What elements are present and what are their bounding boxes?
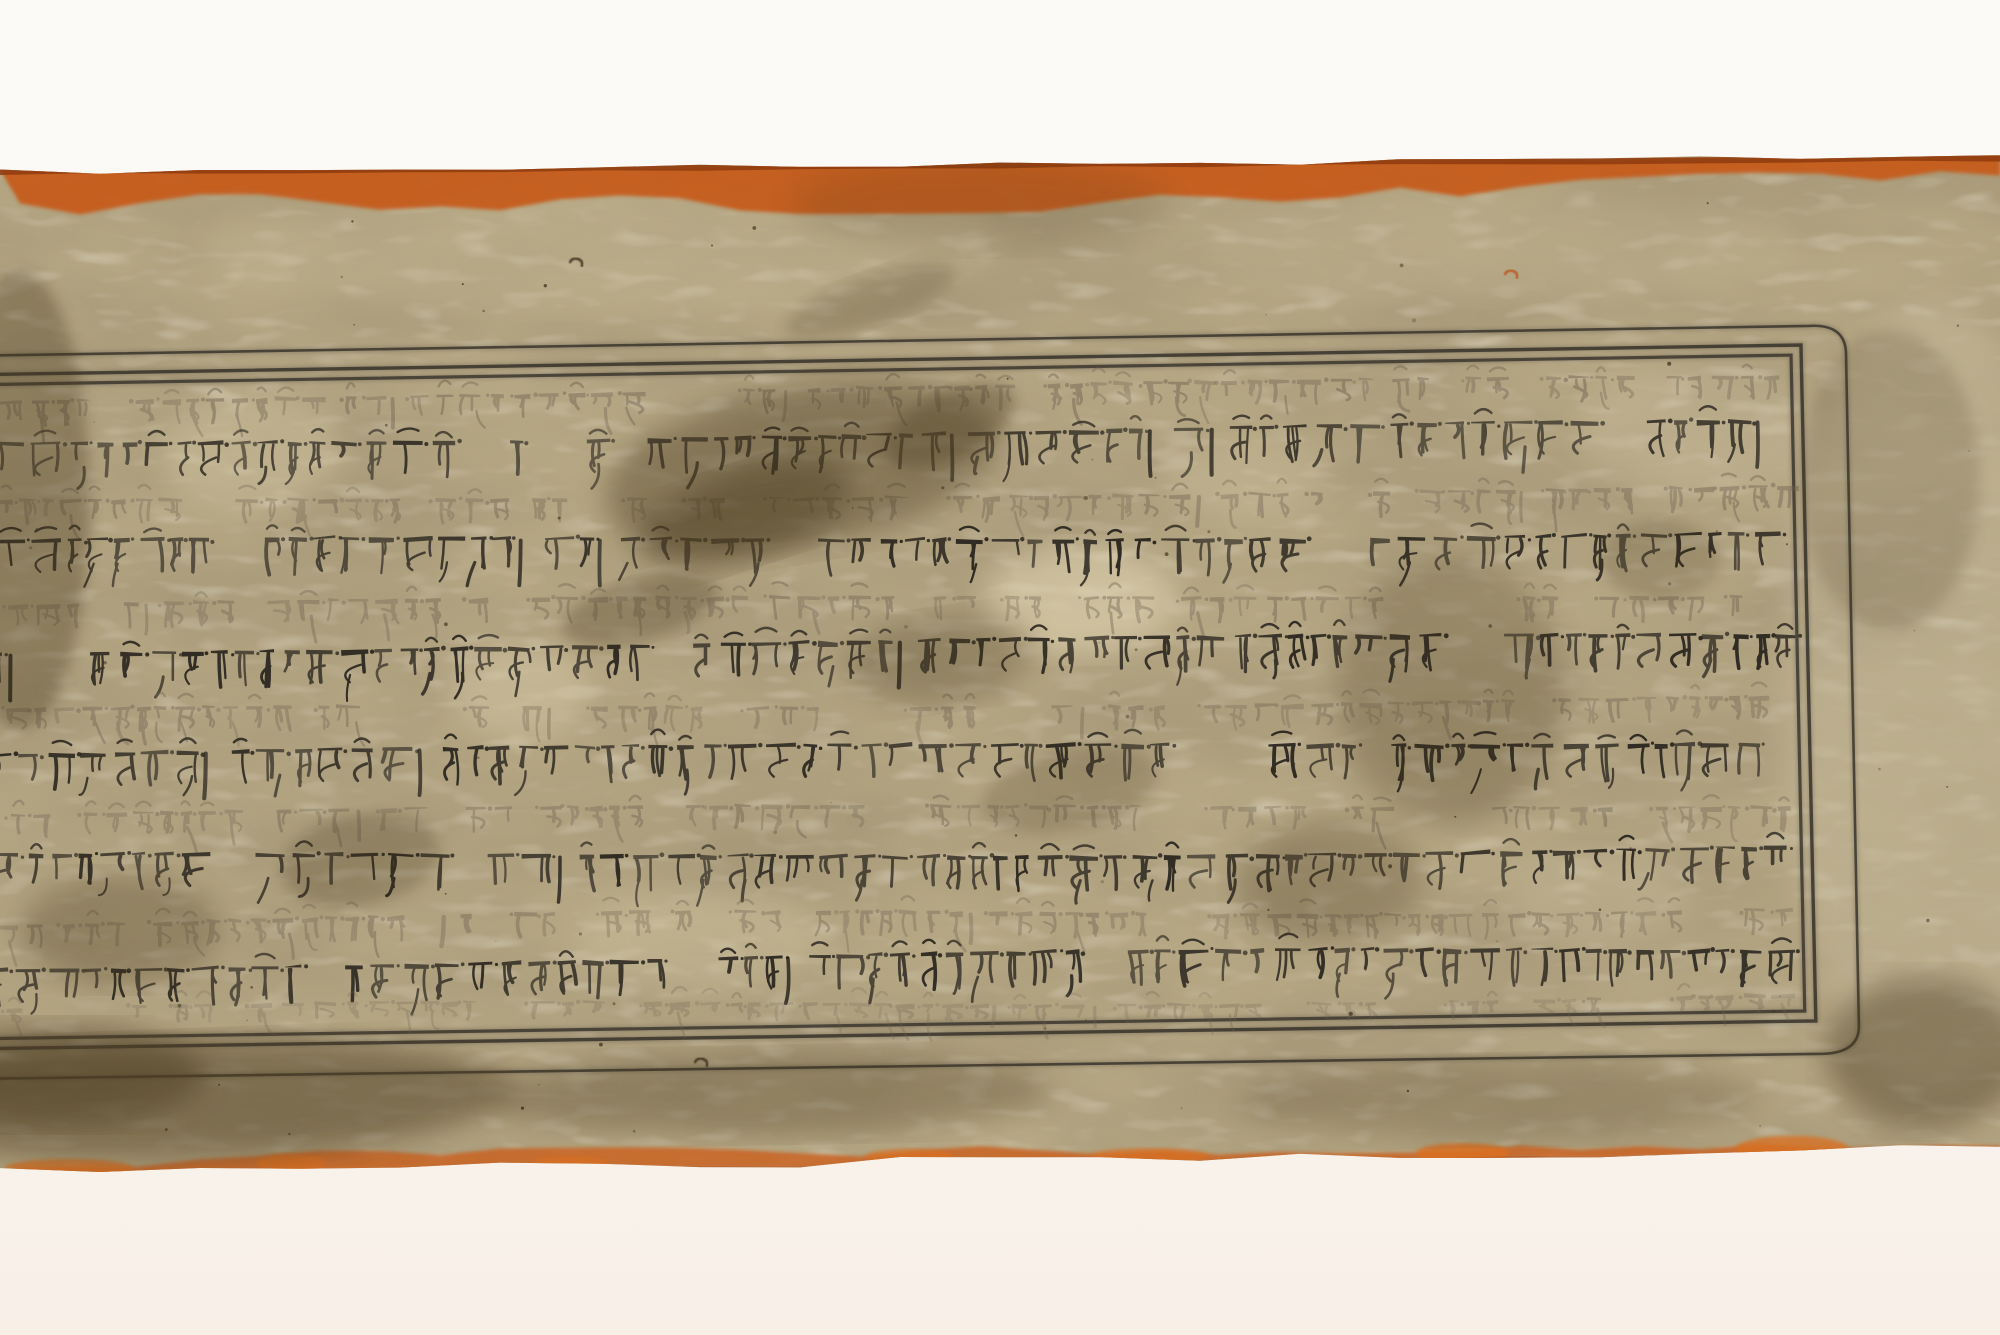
paper-speck: [1946, 786, 1948, 788]
paper-speck: [1155, 477, 1157, 479]
paper-speck: [1759, 1125, 1760, 1126]
paper-speck: [599, 1043, 603, 1047]
paper-speck: [483, 310, 485, 312]
paper-speck: [830, 802, 832, 804]
paper-speck: [811, 761, 813, 763]
paper-speck: [1667, 362, 1671, 366]
paper-speck: [444, 622, 448, 626]
paper-speck: [1267, 909, 1269, 911]
paper-speck: [94, 421, 96, 423]
paper-speck: [1126, 715, 1130, 719]
paper-speck: [1098, 642, 1100, 644]
paper-speck: [462, 283, 464, 285]
paper-speck: [1496, 941, 1498, 943]
paper-speck: [1165, 552, 1169, 556]
light-patch: [1200, 200, 1800, 300]
paper-speck: [1878, 768, 1881, 771]
paper-speck: [1968, 450, 1970, 452]
paper-speck: [250, 986, 253, 989]
paper-speck: [1045, 1027, 1047, 1029]
paper-speck: [385, 424, 388, 427]
paper-speck: [1266, 314, 1267, 315]
paper-speck: [1786, 543, 1788, 545]
paper-speck: [165, 1128, 168, 1131]
paper-speck: [558, 517, 561, 520]
paper-speck: [579, 932, 582, 935]
paper-speck: [178, 1004, 182, 1008]
paper-speck: [477, 757, 479, 759]
paper-speck: [1914, 630, 1916, 632]
paper-speck: [36, 528, 38, 530]
paper-speck: [1412, 318, 1416, 322]
paper-speck: [218, 1084, 220, 1086]
paper-speck: [1772, 1010, 1775, 1013]
paper-speck: [904, 625, 908, 629]
paper-speck: [1454, 816, 1456, 818]
paper-speck: [288, 1133, 290, 1135]
stain-blotch: [1800, 330, 1980, 630]
paper-speck: [544, 284, 547, 287]
paper-speck: [1668, 582, 1671, 585]
paper-speck: [633, 1130, 636, 1133]
paper-speck: [1085, 1019, 1086, 1020]
light-patch: [450, 645, 590, 735]
paper-speck: [1926, 919, 1929, 922]
paper-speck: [445, 893, 447, 895]
paper-speck: [1400, 264, 1404, 268]
paper-speck: [538, 1084, 539, 1085]
paper-speck: [1779, 996, 1781, 998]
paper-speck: [752, 226, 756, 230]
paper-speck: [495, 940, 496, 941]
paper-speck: [711, 245, 713, 247]
paper-speck: [808, 770, 809, 771]
paper-speck: [1707, 202, 1709, 204]
stain-blotch: [20, 875, 220, 985]
paper-speck: [1488, 624, 1492, 628]
stain-blotch: [1600, 520, 1720, 600]
paper-speck: [1207, 530, 1210, 533]
stain-blotch: [1337, 555, 1567, 825]
paper-speck: [1407, 1090, 1409, 1092]
paper-speck: [103, 661, 106, 664]
paper-speck: [246, 1020, 248, 1022]
paper-speck: [773, 830, 777, 834]
manuscript-photo: Photograph of a Tibetan pecha folio frag…: [0, 0, 2000, 1335]
light-patch: [1170, 440, 1330, 520]
paper-speck: [29, 546, 32, 549]
paper-speck: [1957, 325, 1959, 327]
paper-speck: [1101, 880, 1104, 883]
paper-speck: [1747, 534, 1749, 536]
paper-speck: [1084, 496, 1088, 500]
manuscript-canvas: [0, 0, 2000, 1335]
paper-speck: [351, 220, 353, 222]
paper-speck: [1007, 378, 1009, 380]
paper-speck: [8, 673, 10, 675]
paper-speck: [521, 1107, 524, 1110]
paper-speck: [1599, 908, 1602, 911]
stain-blotch: [790, 160, 1170, 250]
paper-speck: [341, 276, 343, 278]
paper-speck: [1716, 530, 1718, 532]
paper-speck: [353, 324, 355, 326]
paper-speck: [1388, 864, 1392, 868]
light-patch: [580, 890, 820, 990]
paper-speck: [1292, 762, 1296, 766]
paper-speck: [852, 507, 854, 509]
paper-speck: [613, 1002, 616, 1005]
paper-speck: [1181, 1107, 1183, 1109]
paper-speck: [1015, 834, 1017, 836]
paper-speck: [1349, 1012, 1353, 1016]
paper-speck: [1630, 847, 1632, 849]
paper-speck: [941, 486, 944, 489]
paper-speck: [1092, 459, 1094, 461]
paper-speck: [1135, 648, 1138, 651]
